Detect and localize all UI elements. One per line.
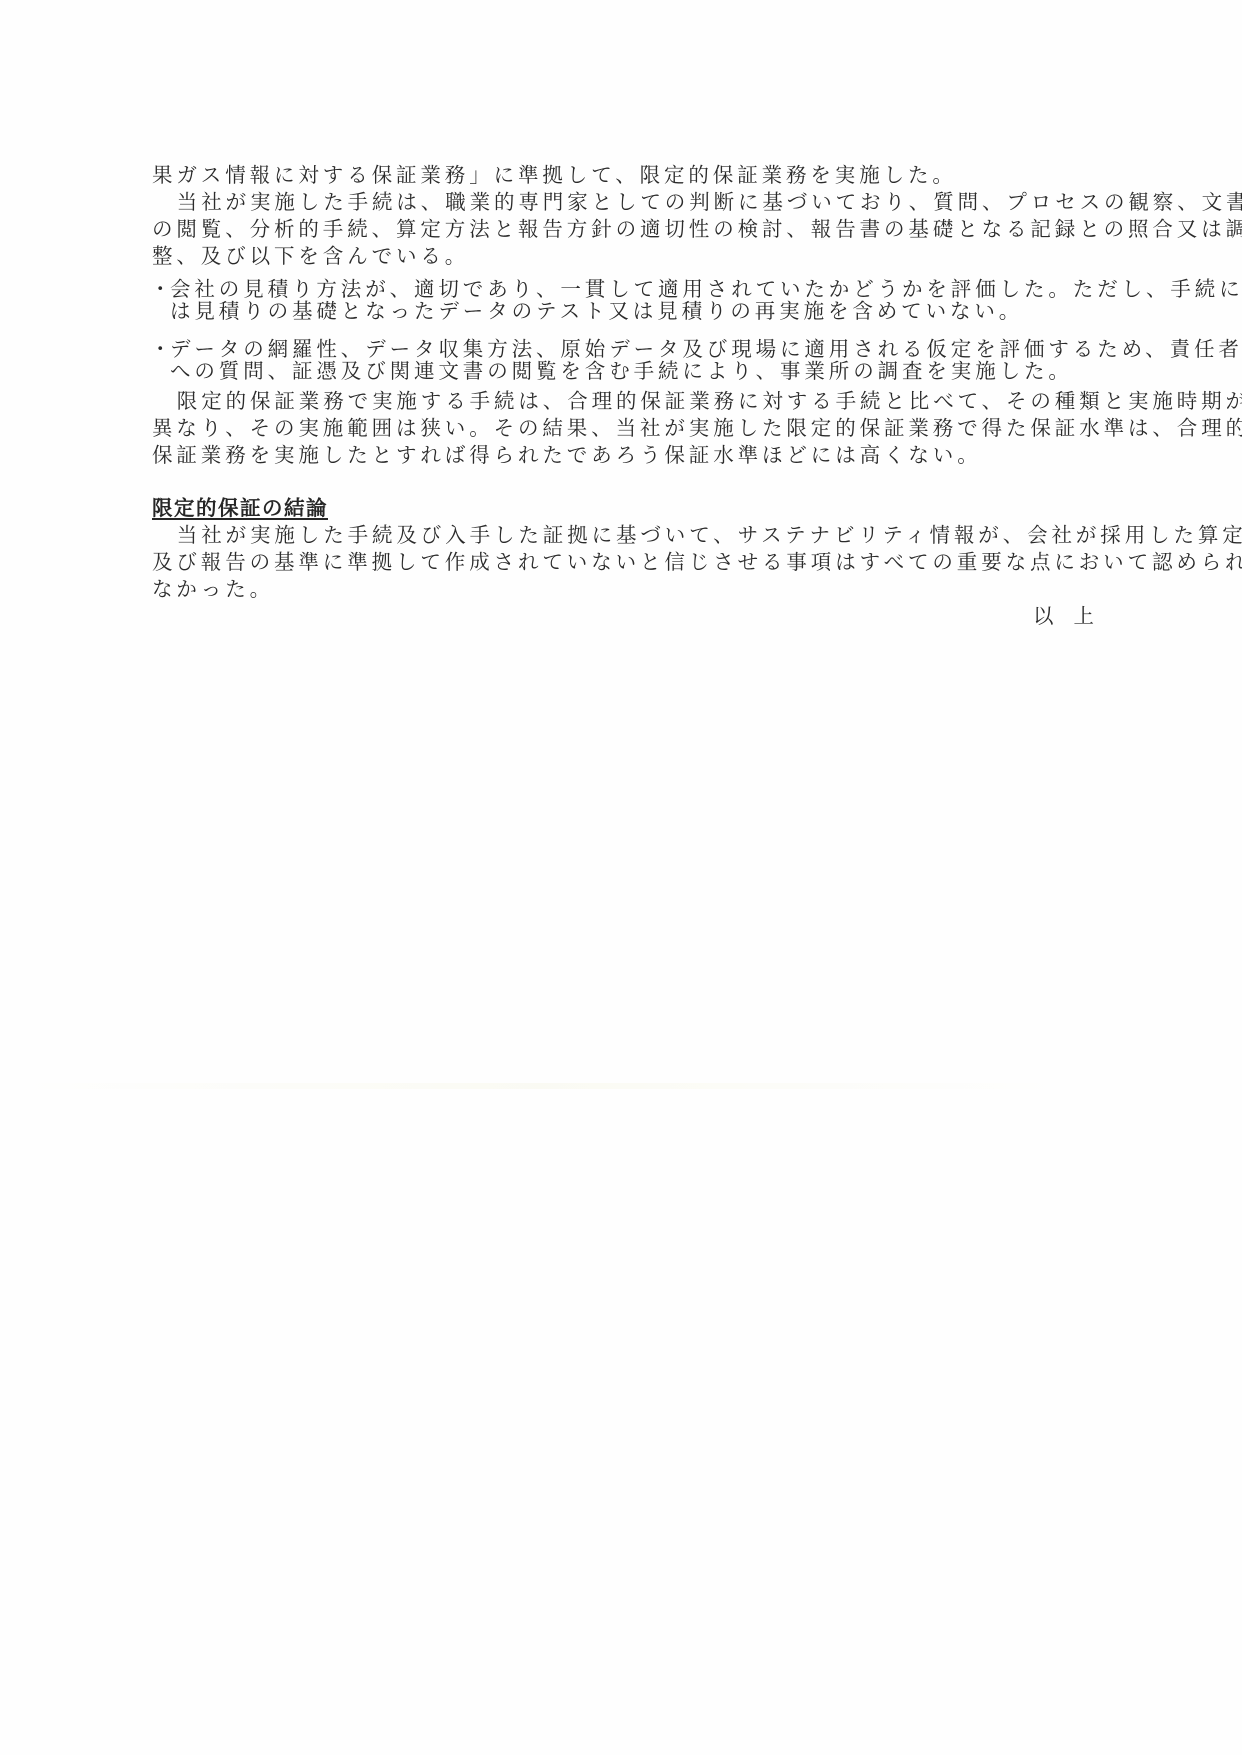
text-line: 当社が実施した手続は、職業的専門家としての判断に基づいており、質問、プロセスの観… xyxy=(152,189,1096,216)
text-line: データの網羅性、データ収集方法、原始データ及び現場に適用される仮定を評価するため… xyxy=(170,338,1096,360)
text-line: 整、及び以下を含んでいる。 xyxy=(152,243,1096,270)
text-line: 当社が実施した手続及び入手した証拠に基づいて、サステナビリティ情報が、会社が採用… xyxy=(152,522,1096,549)
report-body: 果ガス情報に対する保証業務」に準拠して、限定的保証業務を実施した。 当社が実施し… xyxy=(152,162,1096,630)
bullet-item-site-visit: ・ データの網羅性、データ収集方法、原始データ及び現場に適用される仮定を評価する… xyxy=(152,338,1096,382)
limited-assurance-paragraph: 限定的保証業務で実施する手続は、合理的保証業務に対する手続と比べて、その種類と実… xyxy=(152,388,1096,469)
text-line: は見積りの基礎となったデータのテスト又は見積りの再実施を含めていない。 xyxy=(170,300,1096,322)
text-line: 保証業務を実施したとすれば得られたであろう保証水準ほどには高くない。 xyxy=(152,442,1096,469)
document-page: 果ガス情報に対する保証業務」に準拠して、限定的保証業務を実施した。 当社が実施し… xyxy=(0,0,1242,1755)
text-line: 会社の見積り方法が、適切であり、一貫して適用されていたかどうかを評価した。ただし… xyxy=(170,278,1096,300)
scan-artifact-line xyxy=(10,1083,1070,1089)
text-line: への質問、証憑及び関連文書の閲覧を含む手続により、事業所の調査を実施した。 xyxy=(170,360,1096,382)
text-line: の閲覧、分析的手続、算定方法と報告方針の適切性の検討、報告書の基礎となる記録との… xyxy=(152,216,1096,243)
bullet-dot-icon: ・ xyxy=(150,338,174,360)
conclusion-paragraph: 当社が実施した手続及び入手した証拠に基づいて、サステナビリティ情報が、会社が採用… xyxy=(152,522,1096,603)
text-line: 限定的保証業務で実施する手続は、合理的保証業務に対する手続と比べて、その種類と実… xyxy=(152,388,1096,415)
text-line: なかった。 xyxy=(152,576,1096,603)
text-line: 異なり、その実施範囲は狭い。その結果、当社が実施した限定的保証業務で得た保証水準… xyxy=(152,415,1096,442)
text-line: 及び報告の基準に準拠して作成されていないと信じさせる事項はすべての重要な点におい… xyxy=(152,549,1096,576)
bullet-dot-icon: ・ xyxy=(150,278,174,300)
bullet-item-estimates: ・ 会社の見積り方法が、適切であり、一貫して適用されていたかどうかを評価した。た… xyxy=(152,278,1096,322)
conclusion-heading: 限定的保証の結論 xyxy=(152,495,1096,522)
procedures-paragraph: 果ガス情報に対する保証業務」に準拠して、限定的保証業務を実施した。 当社が実施し… xyxy=(152,162,1096,270)
text-line: 果ガス情報に対する保証業務」に準拠して、限定的保証業務を実施した。 xyxy=(152,162,1096,189)
closing-mark: 以上 xyxy=(152,603,1116,630)
